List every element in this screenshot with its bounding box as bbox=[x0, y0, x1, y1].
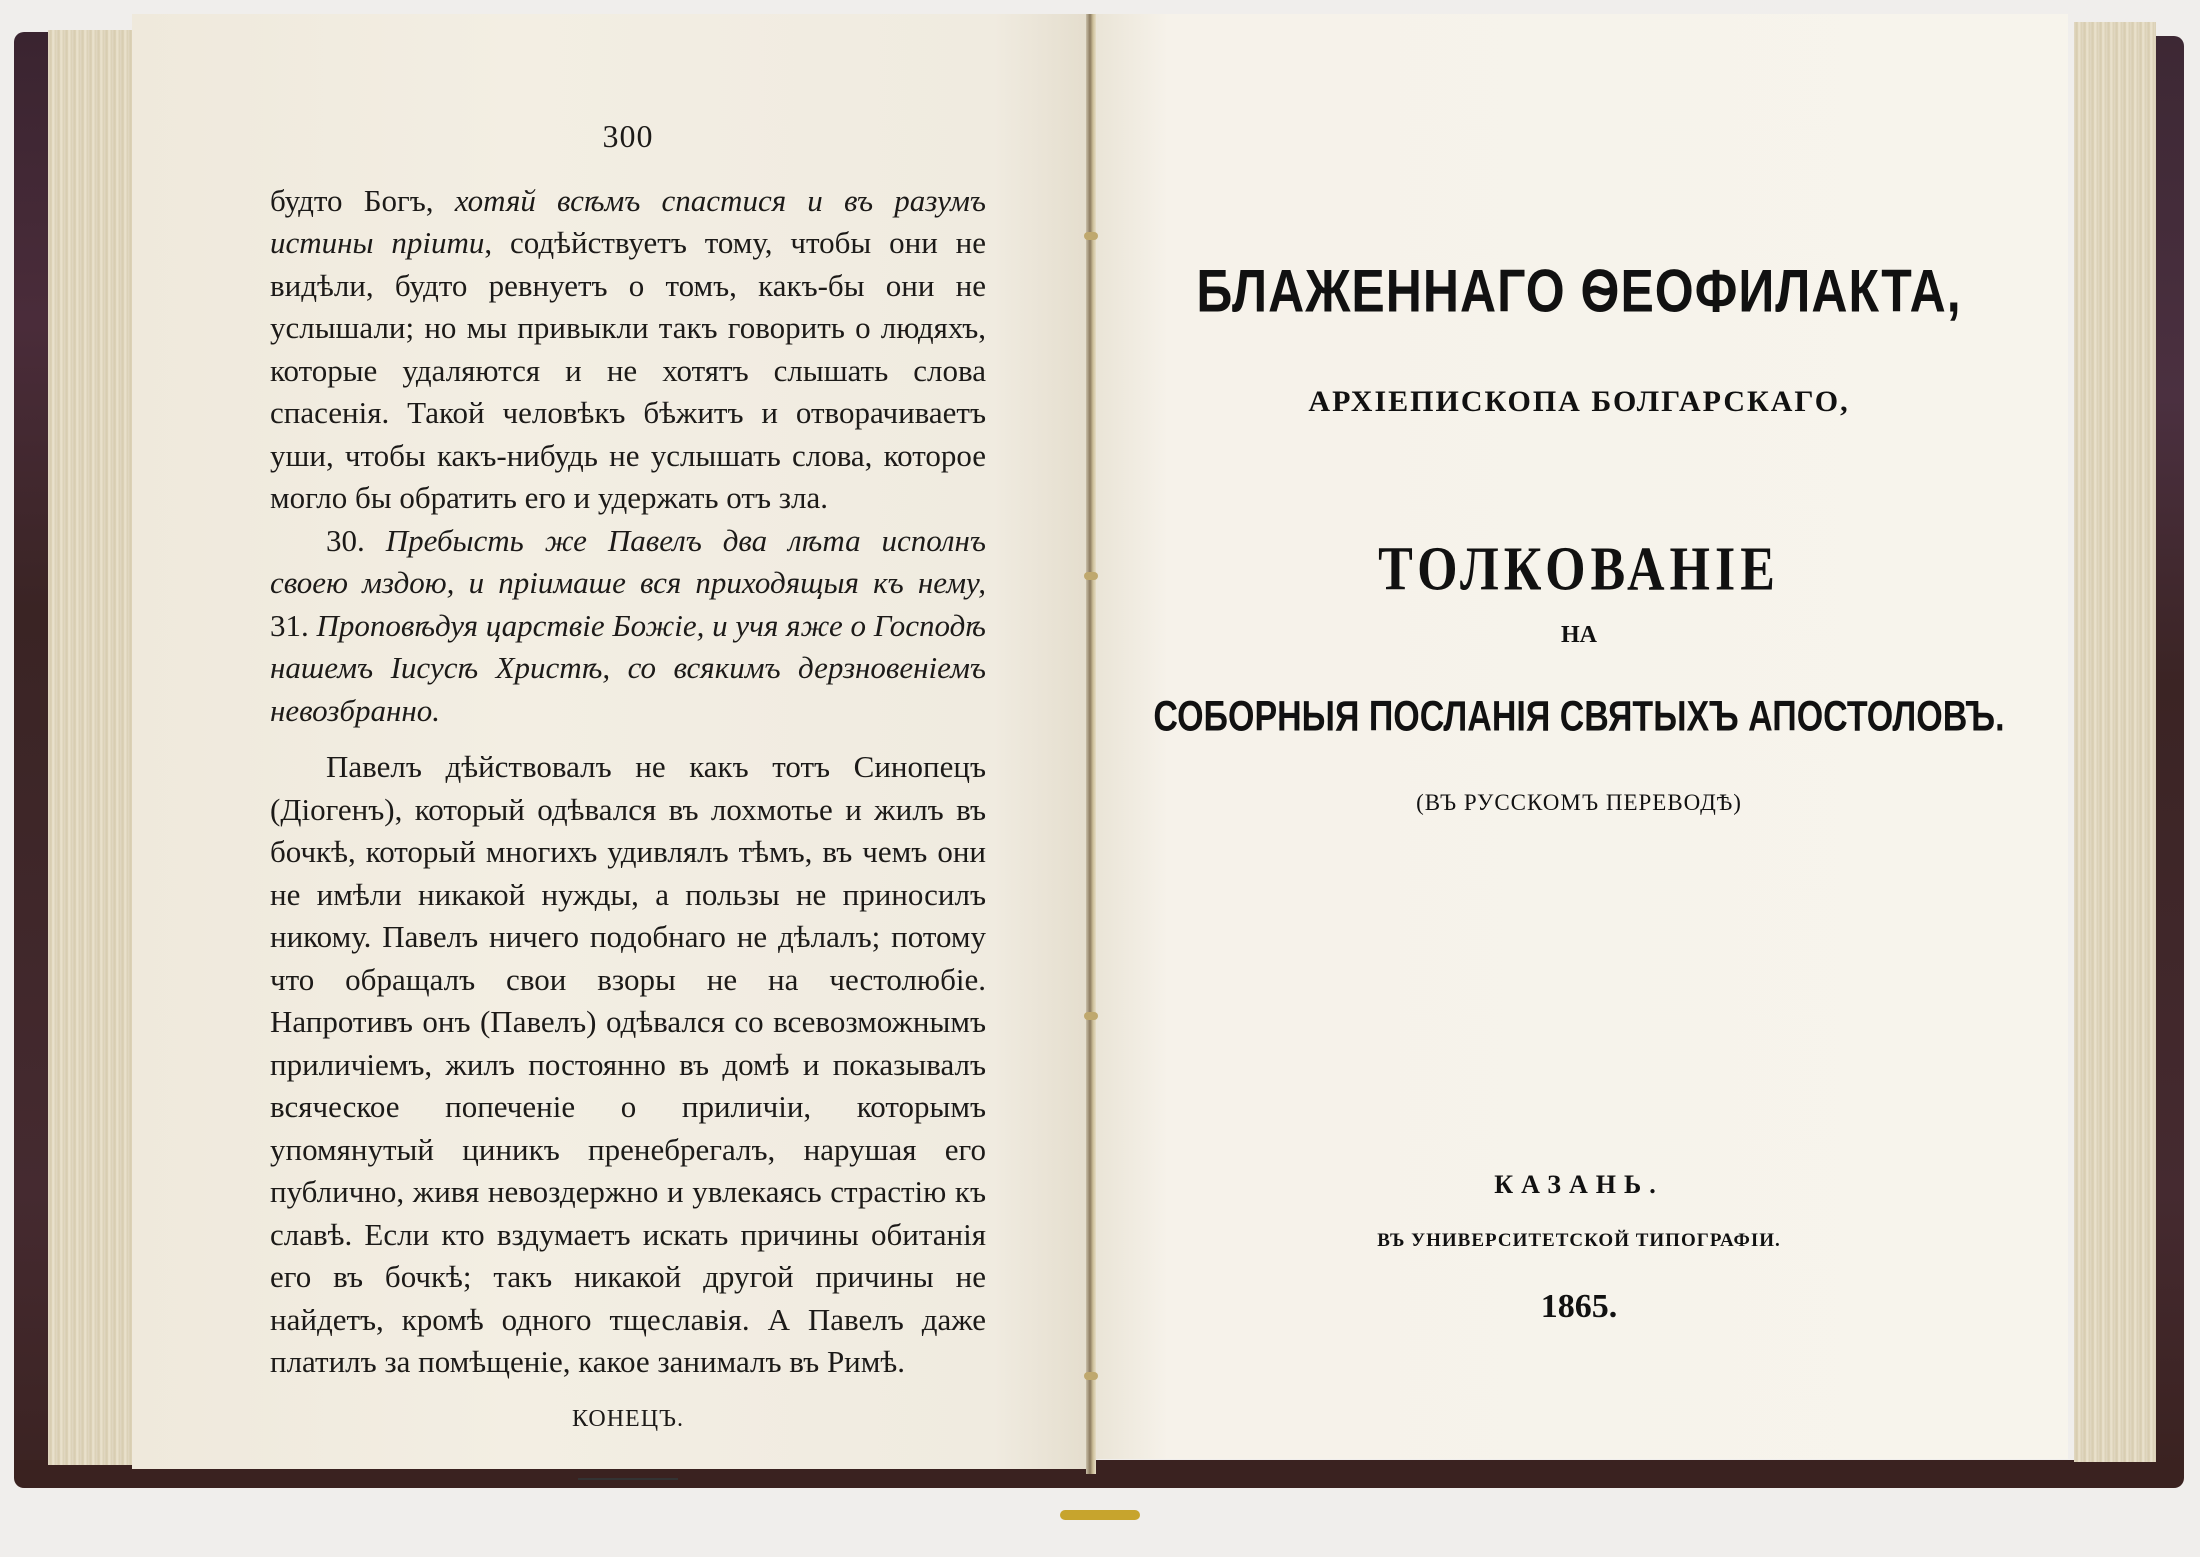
imprint-printer: ВЪ УНИВЕРСИТЕТСКОЙ ТИПОГРАФIИ. bbox=[1090, 1230, 2068, 1252]
end-rule bbox=[578, 1478, 678, 1480]
title-subject: СОБОРНЫЯ ПОСЛАНIЯ СВЯТЫХЪ АПОСТОЛОВЪ. bbox=[1090, 693, 2068, 742]
title-translation-note: (ВЪ РУССКОМЪ ПЕРЕВОДѢ) bbox=[1090, 790, 2068, 816]
paragraph-3: Павелъ дѣйствовалъ не какъ тотъ Синопецъ… bbox=[270, 746, 986, 1384]
title-main: ТОЛКОВАНIЕ bbox=[1090, 534, 2068, 605]
page-edges-right bbox=[2074, 22, 2156, 1462]
left-page-text: 300 будто Богъ, хотяй всѣмъ спастися и в… bbox=[270, 115, 986, 1480]
verse-number: 31. bbox=[270, 608, 317, 643]
end-mark: КОНЕЦЪ. bbox=[270, 1398, 986, 1441]
paragraph-1: будто Богъ, хотяй всѣмъ спастися и въ ра… bbox=[270, 180, 986, 520]
binding-stitch bbox=[1084, 232, 1098, 240]
text-run: , содѣйствуетъ тому, чтобы они не видѣли… bbox=[270, 225, 986, 515]
text-run: будто Богъ, bbox=[270, 183, 455, 218]
paragraph-2: 30. Пребысть же Павелъ два лѣта исполнъ … bbox=[270, 520, 986, 733]
page-number: 300 bbox=[270, 115, 986, 158]
imprint-year: 1865. bbox=[1090, 1288, 2068, 1326]
title-author-rank: АРХIЕПИСКОПА БОЛГАРСКАГО, bbox=[1090, 385, 2068, 419]
title-author: БЛАЖЕННАГО ѲЕОФИЛАКТА, bbox=[1090, 256, 2068, 326]
binding-stitch bbox=[1084, 1012, 1098, 1020]
imprint-city: КАЗАНЬ. bbox=[1090, 1170, 2068, 1200]
title-preposition: НА bbox=[1090, 622, 2068, 649]
binding-stitch bbox=[1084, 1372, 1098, 1380]
verse-number: 30. bbox=[326, 523, 386, 558]
scripture-quote: Проповѣдуя царствiе Божiе, и учя яже о Г… bbox=[270, 608, 986, 728]
headband bbox=[1060, 1510, 1140, 1520]
page-edges-left bbox=[48, 30, 132, 1465]
